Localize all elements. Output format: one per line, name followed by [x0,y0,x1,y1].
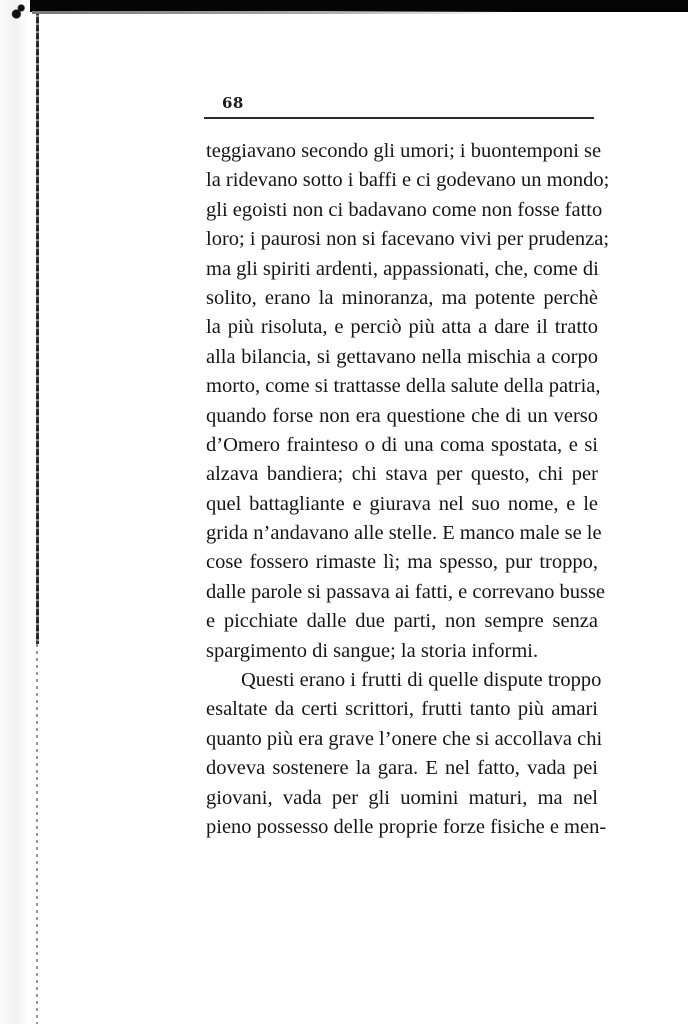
text-line: e picchiate dalle due parti, non sempre … [206,607,598,636]
text-line: esaltate da certi scrittori, frutti tant… [206,695,598,724]
text-line: la più risoluta, e perciò più atta a dar… [206,313,598,342]
text-line: morto, come si trattasse della salute de… [206,372,598,401]
ink-blot [10,2,26,32]
page-header: 68 [204,90,594,120]
text-line: gli egoisti non ci badavano come non fos… [206,196,598,225]
text-line: Questi erano i frutti di quelle dispute … [206,666,598,695]
paragraph-2: Questi erano i frutti di quelle dispute … [206,666,598,842]
binding-edge [36,4,39,644]
text-line: pieno possesso delle proprie forze fisic… [206,813,598,842]
text-line: solito, erano la minoranza, ma potente p… [206,284,598,313]
text-line: quando forse non era questione che di un… [206,402,598,431]
text-line: loro; i paurosi non si facevano vivi per… [206,225,598,254]
header-rule [204,117,594,119]
text-line: dalle parole si passava ai fatti, e corr… [206,578,598,607]
scan-top-shadow [32,11,512,14]
body-text: teggiavano secondo gli umori; i buontemp… [206,137,598,842]
text-line: cose fossero rimaste lì; ma spesso, pur … [206,548,598,577]
text-line: giovani, vada per gli uomini maturi, ma … [206,784,598,813]
text-line: d’Omero frainteso o di una coma spostata… [206,431,598,460]
text-line: teggiavano secondo gli umori; i buontemp… [206,137,598,166]
text-line: alzava bandiera; chi stava per questo, c… [206,460,598,489]
binding-edge-lower [36,644,38,1024]
text-line: quanto più era grave l’onere che si acco… [206,725,598,754]
page-number: 68 [222,94,244,112]
paragraph-1: teggiavano secondo gli umori; i buontemp… [206,137,598,666]
page-gutter [0,0,40,1024]
text-line: quel battagliante e giurava nel suo nome… [206,490,598,519]
text-line: spargimento di sangue; la storia informi… [206,637,598,666]
text-line: doveva sostenere la gara. E nel fatto, v… [206,754,598,783]
text-line: alla bilancia, si gettavano nella mischi… [206,343,598,372]
text-line: ma gli spiriti ardenti, appassionati, ch… [206,255,598,284]
text-line: grida n’andavano alle stelle. E manco ma… [206,519,598,548]
text-line: la ridevano sotto i baffi e ci godevano … [206,166,598,195]
